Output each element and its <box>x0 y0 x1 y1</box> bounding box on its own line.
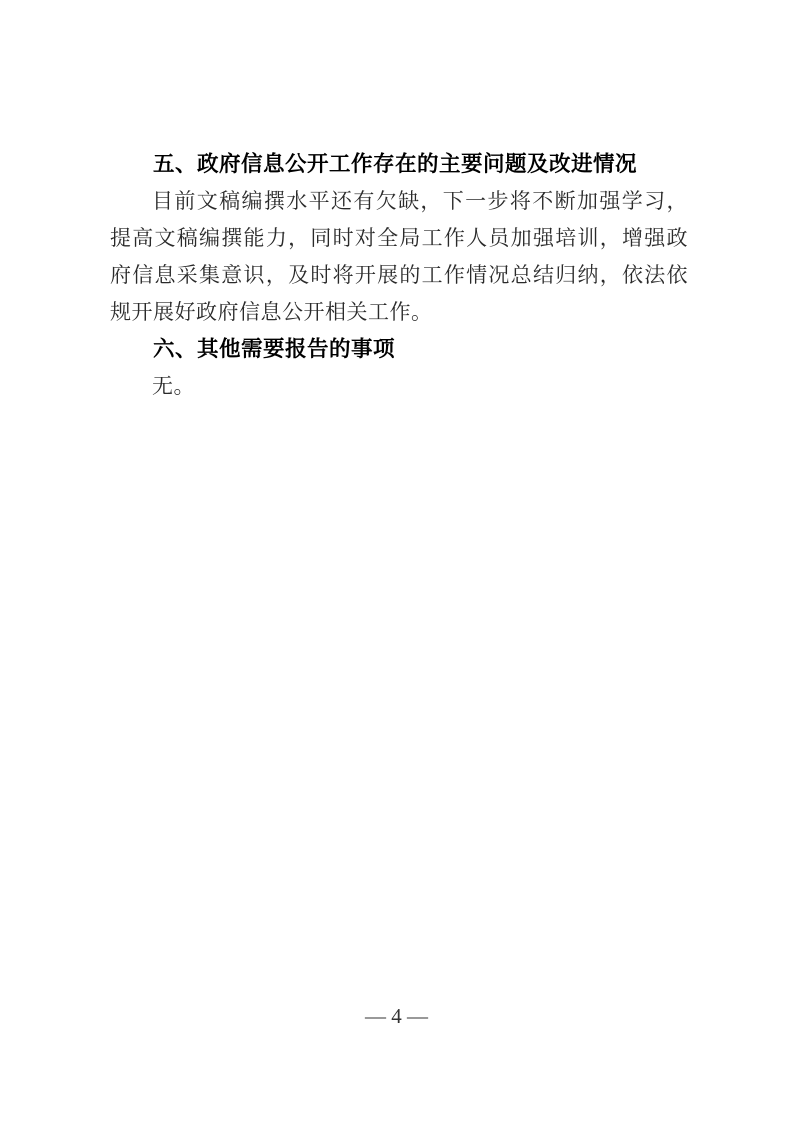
document-page: 五、政府信息公开工作存在的主要问题及改进情况 目前文稿编撰水平还有欠缺，下一步将… <box>0 0 793 1122</box>
section-paragraph-other-matters: 无。 <box>110 368 688 405</box>
section-paragraph-problems-improvements: 目前文稿编撰水平还有欠缺，下一步将不断加强学习，提高文稿编撰能力，同时对全局工作… <box>110 183 688 331</box>
section-heading-other-matters: 六、其他需要报告的事项 <box>110 331 688 368</box>
section-heading-problems-improvements: 五、政府信息公开工作存在的主要问题及改进情况 <box>110 146 688 183</box>
document-content: 五、政府信息公开工作存在的主要问题及改进情况 目前文稿编撰水平还有欠缺，下一步将… <box>110 146 688 405</box>
page-number: — 4 — <box>0 1001 793 1031</box>
